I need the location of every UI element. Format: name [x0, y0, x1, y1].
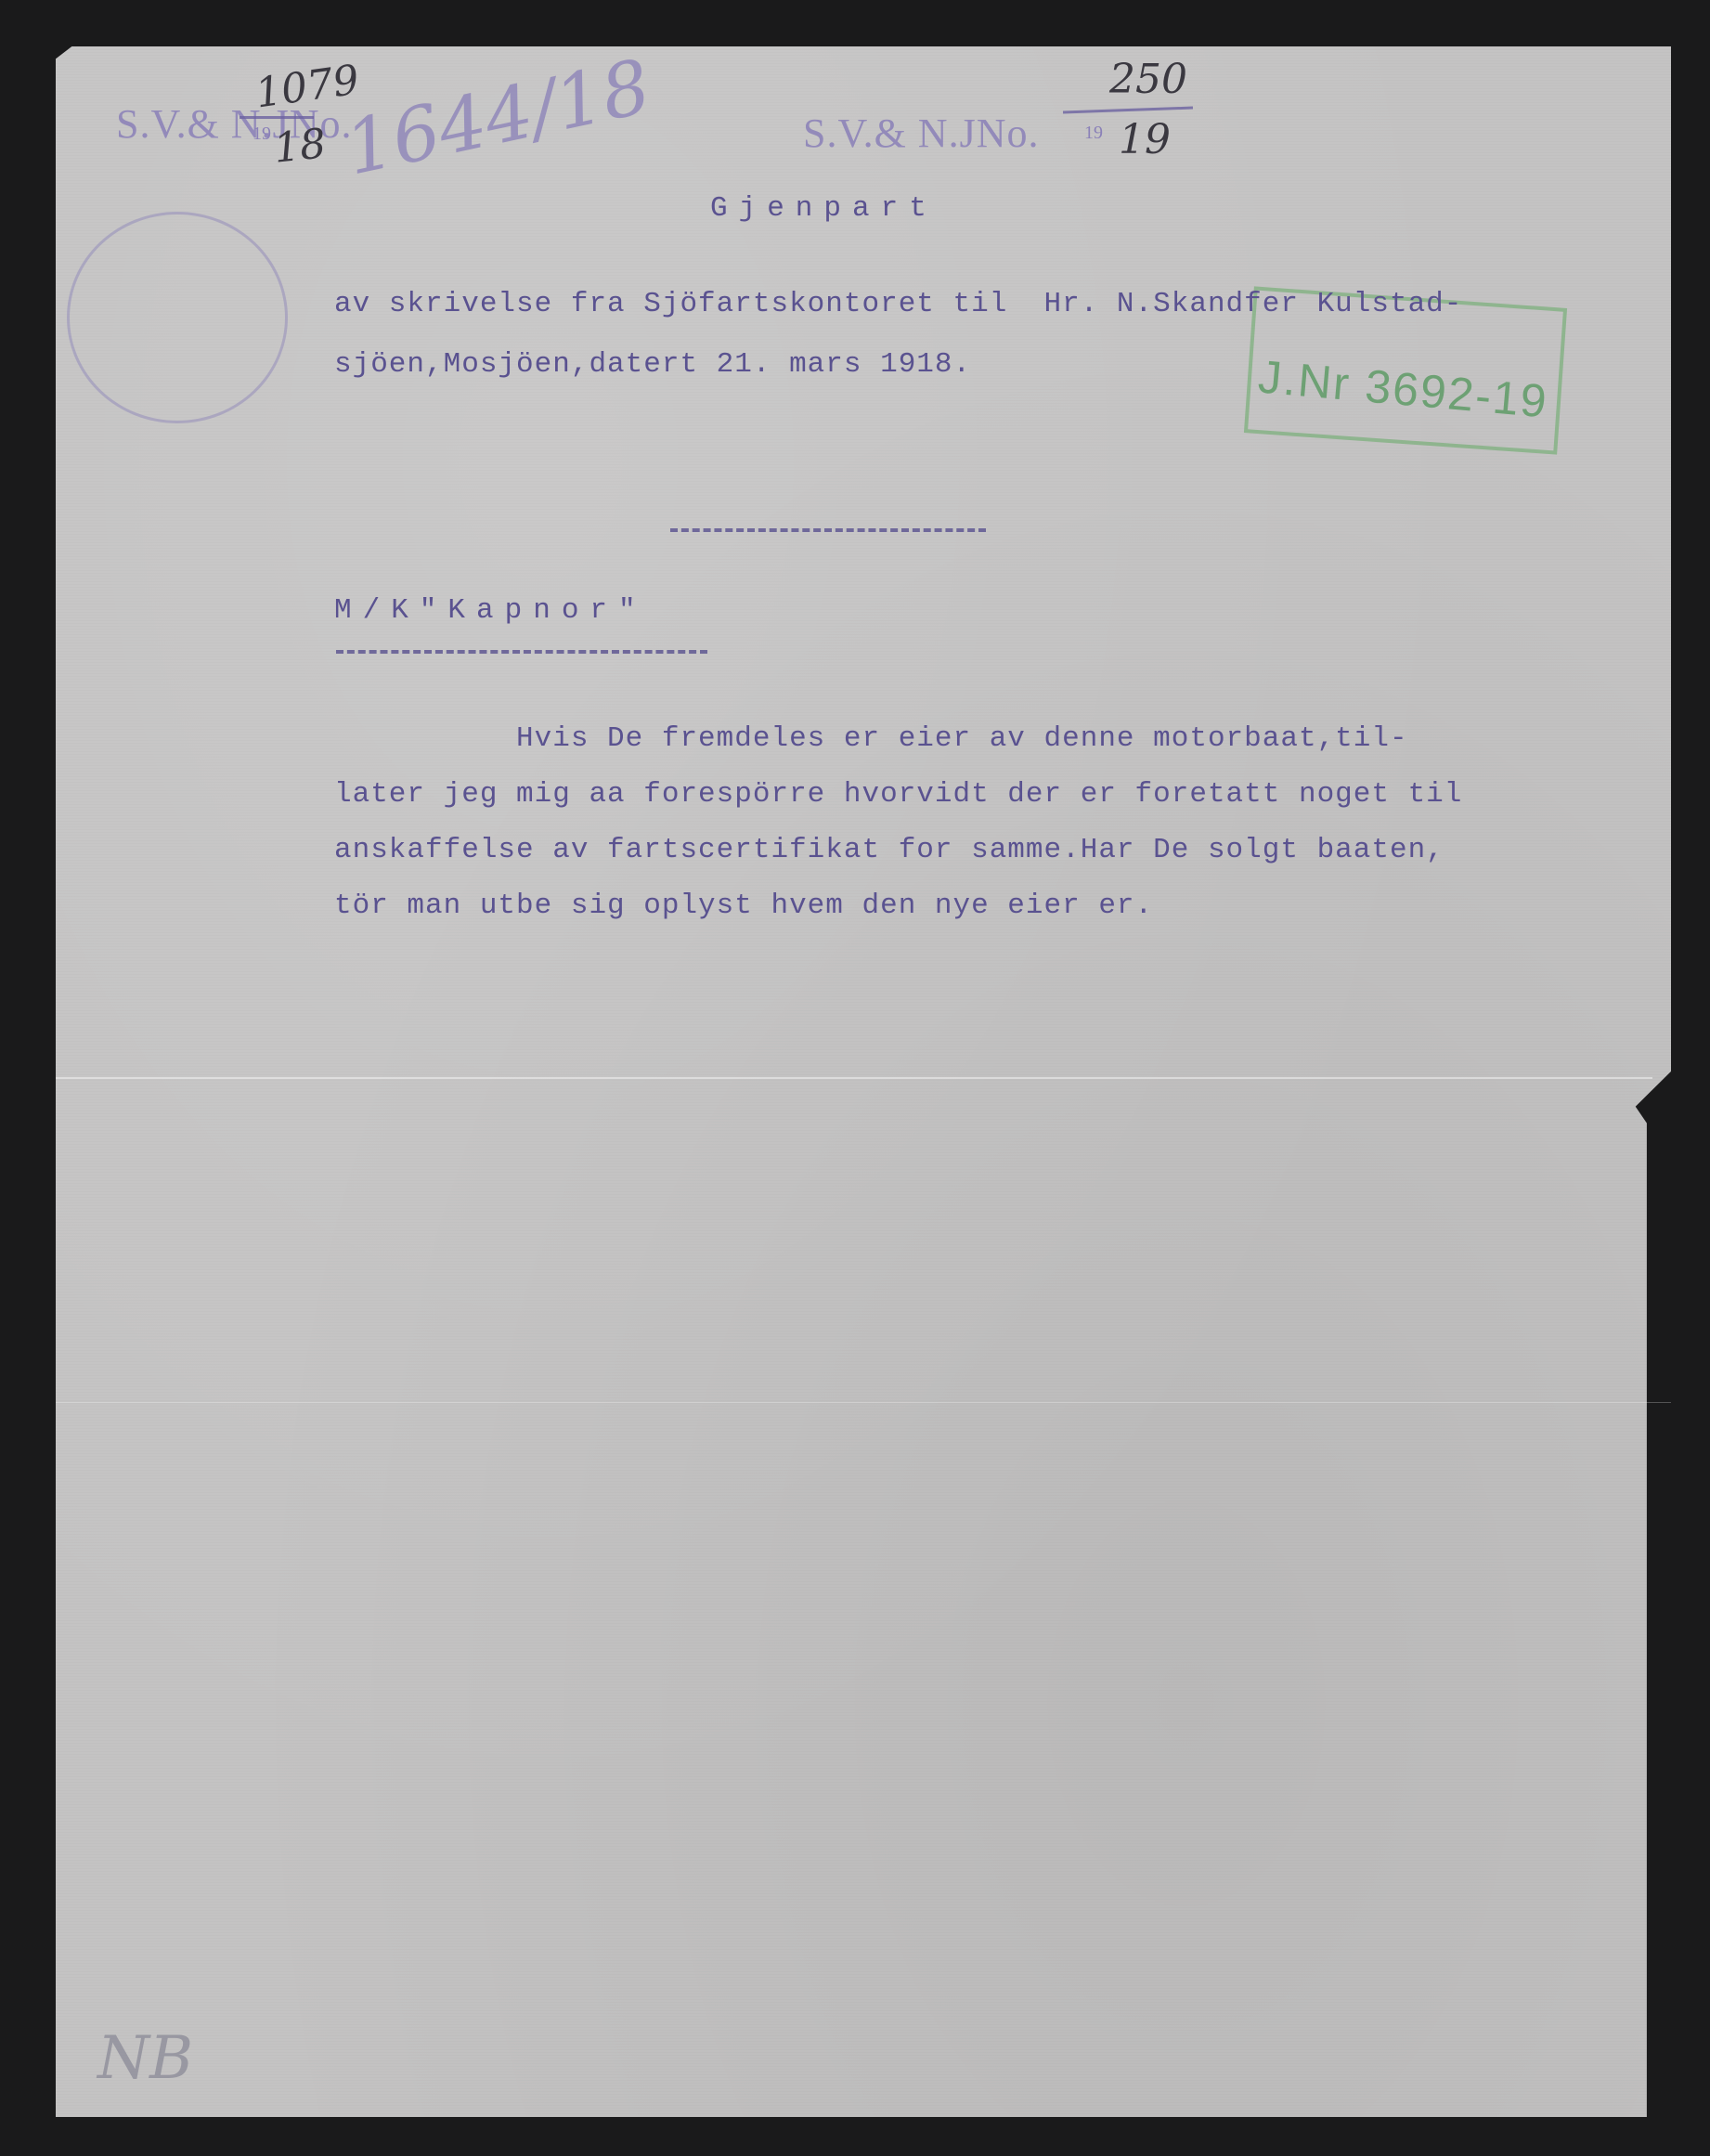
journal-stamp-2-year-prefix: 19 — [1084, 123, 1103, 144]
intro-line-2: sjöen,Mosjöen,datert 21. mars 1918. — [334, 348, 971, 381]
journal-stamp-2-label: S.V.& N.JNo. — [803, 110, 1039, 157]
body-line-3: anskaffelse av fartscertifikat for samme… — [334, 834, 1444, 866]
paper-fold — [56, 1077, 1652, 1079]
paper-crease — [56, 1402, 1671, 1403]
body-line-2: later jeg mig aa forespörre hvorvidt der… — [334, 778, 1462, 811]
document-title: Gjenpart — [710, 192, 938, 225]
journal-year: 18 — [271, 120, 328, 173]
journal-stamp-year-prefix: 19 — [253, 123, 271, 145]
subject-line: M/K"Kapnor" — [334, 594, 647, 627]
separator-line — [670, 528, 986, 532]
official-seal-icon — [67, 212, 288, 423]
journal-2-number: 250 — [1109, 56, 1187, 103]
intro-line-1: av skrivelse fra Sjöfartskontoret til Hr… — [334, 288, 1462, 320]
margin-pencil-note: NB — [97, 2024, 193, 2093]
journal-2-year: 19 — [1119, 116, 1171, 163]
stamp-divider-line — [240, 116, 314, 119]
body-line-1: Hvis De fremdeles er eier av denne motor… — [334, 722, 1408, 755]
subject-underline — [336, 650, 707, 654]
body-line-4: tör man utbe sig oplyst hvem den nye eie… — [334, 890, 1153, 922]
